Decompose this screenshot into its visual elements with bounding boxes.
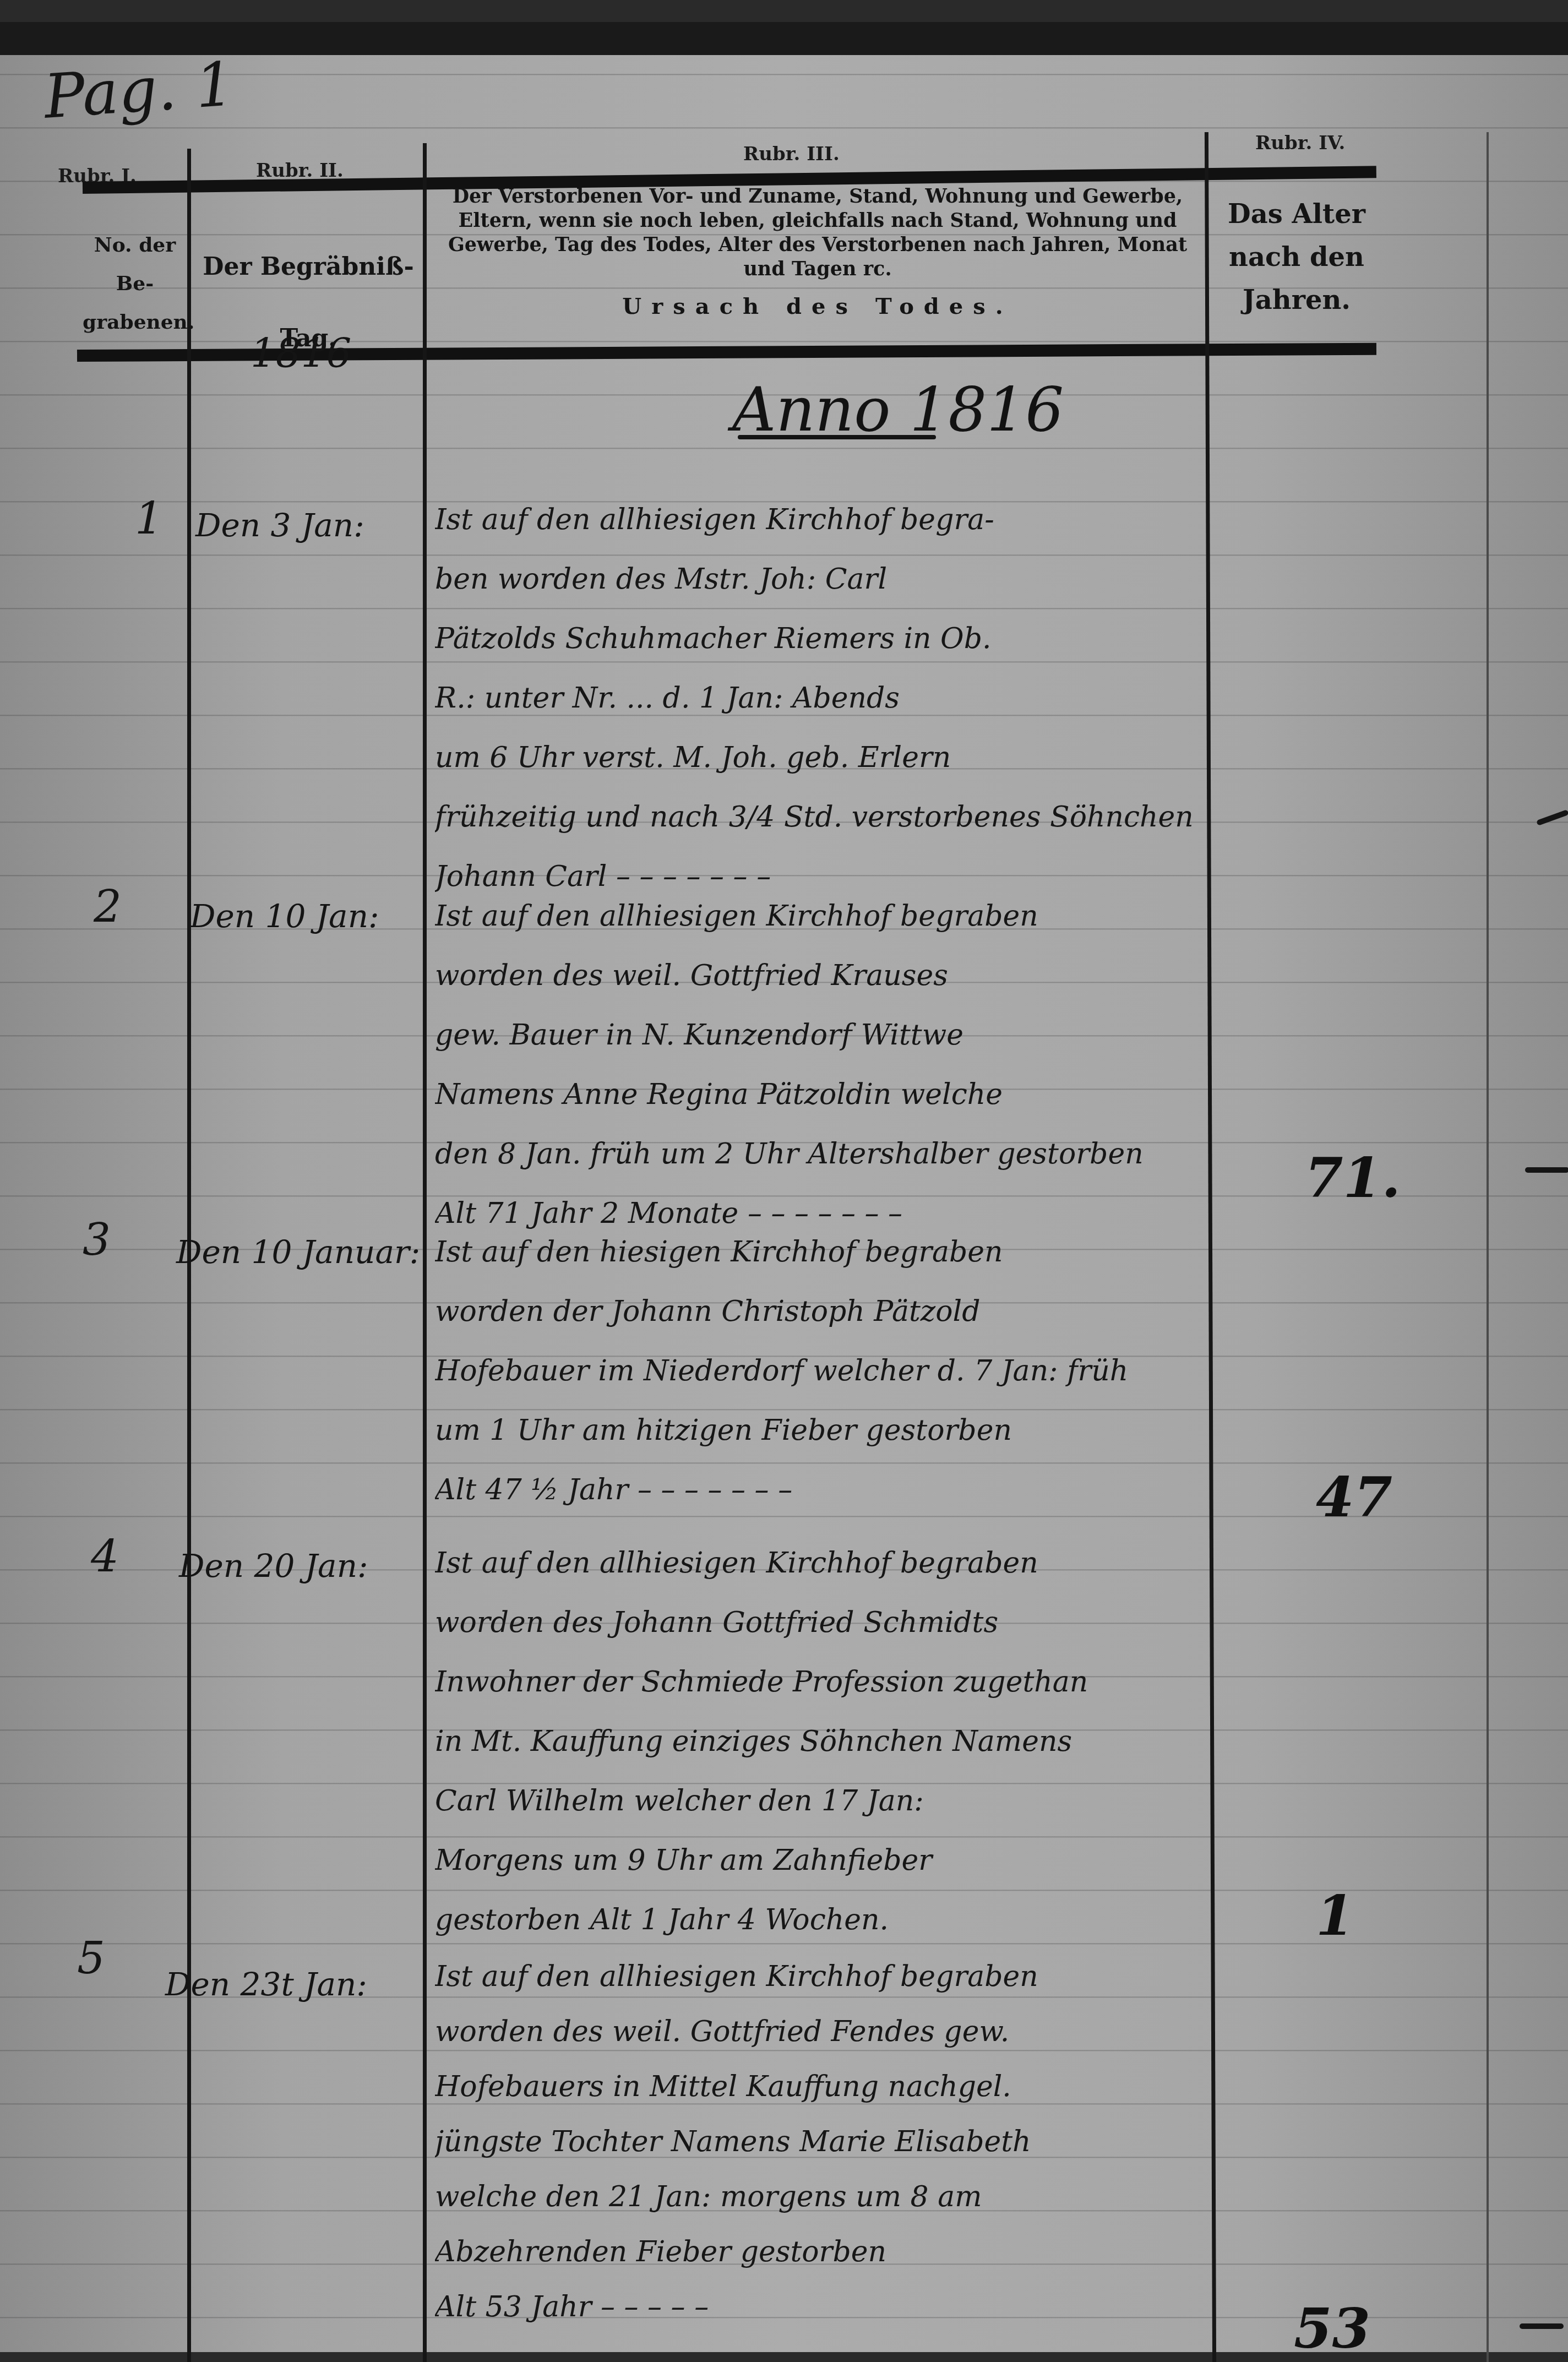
details-description: Der Verstorbenen Vor- und Zuname, Stand,…	[448, 185, 1187, 280]
column-header-year-handwritten: 1816	[251, 330, 351, 377]
entry-line: gestorben Alt 1 Jahr 4 Wochen.	[435, 1890, 1195, 1950]
entry-line: Ist auf den allhiesigen Kirchhof begrabe…	[435, 1949, 1195, 2004]
entry-line: Ist auf den allhiesigen Kirchhof begra-	[435, 490, 1195, 549]
entry-line: Pätzolds Schuhmacher Riemers in Ob.	[435, 609, 1195, 668]
entry-line: Morgens um 9 Uhr am Zahnfieber	[435, 1831, 1195, 1890]
entry-line: in Mt. Kauffung einziges Söhnchen Namens	[435, 1712, 1195, 1771]
entry-age: 1	[1316, 1883, 1354, 1948]
entry-date: Den 20 Jan:	[179, 1547, 368, 1585]
scan-edge-shadow	[0, 22, 1568, 55]
entry-line: Alt 53 Jahr – – – – –	[435, 2279, 1195, 2334]
entry-line: worden des weil. Gottfried Krauses	[435, 946, 1195, 1005]
entry-line: Carl Wilhelm welcher den 17 Jan:	[435, 1771, 1195, 1831]
entry-line: R.: unter Nr. ... d. 1 Jan: Abends	[435, 668, 1195, 728]
column-divider-3	[1205, 132, 1216, 2352]
entry-number: 2	[94, 881, 122, 932]
entry-line: welche den 21 Jan: morgens um 8 am	[435, 2169, 1195, 2224]
entry-date: Den 3 Jan:	[195, 507, 364, 544]
entry-line: Ist auf den hiesigen Kirchhof begraben	[435, 1222, 1195, 1282]
entry-date: Den 23t Jan:	[165, 1966, 367, 2003]
column-divider-2	[423, 143, 427, 2352]
rubric-4-label: Rubr. IV.	[1255, 132, 1345, 154]
entry-line: Hofebauers in Mittel Kauffung nachgel.	[435, 2059, 1195, 2114]
column-header-age: Das Alter nach den Jahren.	[1219, 193, 1374, 322]
entry-line: Alt 47 ½ Jahr – – – – – – –	[435, 1460, 1195, 1520]
facing-page-mark	[1520, 2323, 1564, 2329]
entry-age: 53	[1294, 2296, 1370, 2352]
register-page: Pag. 1 Rubr. I. Rubr. II. Rubr. III. Rub…	[0, 22, 1568, 2352]
rubric-3-label: Rubr. III.	[743, 143, 840, 165]
entry-date: Den 10 Januar:	[176, 1233, 420, 1271]
entry-line: Ist auf den allhiesigen Kirchhof begrabe…	[435, 886, 1195, 946]
entry-line: Ist auf den allhiesigen Kirchhof begrabe…	[435, 1533, 1195, 1593]
entry-text: Ist auf den allhiesigen Kirchhof begrabe…	[435, 1533, 1195, 1950]
entry-line: Namens Anne Regina Pätzoldin welche	[435, 1065, 1195, 1124]
facing-page-mark	[1525, 1167, 1568, 1173]
facing-page-mark	[1536, 809, 1568, 826]
cause-of-death-label: Ursach des Todes.	[440, 295, 1195, 319]
entry-line: gew. Bauer in N. Kunzendorf Wittwe	[435, 1005, 1195, 1065]
year-heading: Anno 1816	[732, 374, 1064, 445]
column-header-number: No. der Be- grabenen.	[83, 226, 187, 341]
entry-age: 47	[1316, 1465, 1392, 1530]
entry-line: jüngste Tochter Namens Marie Elisabeth	[435, 2114, 1195, 2169]
year-heading-underline	[738, 435, 936, 439]
entry-date: Den 10 Jan:	[190, 897, 379, 935]
entry-line: um 1 Uhr am hitzigen Fieber gestorben	[435, 1401, 1195, 1460]
entry-text: Ist auf den allhiesigen Kirchhof begrabe…	[435, 1949, 1195, 2334]
entry-number: 4	[91, 1531, 119, 1582]
entry-line: frühzeitig und nach 3/4 Std. verstorbene…	[435, 787, 1195, 847]
entry-text: Ist auf den allhiesigen Kirchhof begra- …	[435, 490, 1195, 906]
entry-number: 3	[83, 1214, 111, 1265]
entry-text: Ist auf den hiesigen Kirchhof begraben w…	[435, 1222, 1195, 1520]
entry-line: um 6 Uhr verst. M. Joh. geb. Erlern	[435, 728, 1195, 787]
page-fold-line	[1487, 132, 1489, 2352]
column-header-details: Der Verstorbenen Vor- und Zuname, Stand,…	[440, 184, 1195, 319]
entry-line: den 8 Jan. früh um 2 Uhr Altershalber ge…	[435, 1124, 1195, 1184]
entry-line: Inwohner der Schmiede Profession zugetha…	[435, 1652, 1195, 1712]
entry-age: 71.	[1305, 1145, 1401, 1210]
entry-text: Ist auf den allhiesigen Kirchhof begrabe…	[435, 886, 1195, 1243]
entry-line: ben worden des Mstr. Joh: Carl	[435, 549, 1195, 609]
entry-line: worden der Johann Christoph Pätzold	[435, 1282, 1195, 1341]
entry-number: 5	[77, 1933, 105, 1984]
page-number: Pag. 1	[42, 48, 236, 132]
entry-line: Hofebauer im Niederdorf welcher d. 7 Jan…	[435, 1341, 1195, 1401]
entry-number: 1	[135, 493, 163, 544]
entry-line: Abzehrenden Fieber gestorben	[435, 2224, 1195, 2279]
entry-line: worden des weil. Gottfried Fendes gew.	[435, 2004, 1195, 2059]
entry-line: worden des Johann Gottfried Schmidts	[435, 1593, 1195, 1652]
